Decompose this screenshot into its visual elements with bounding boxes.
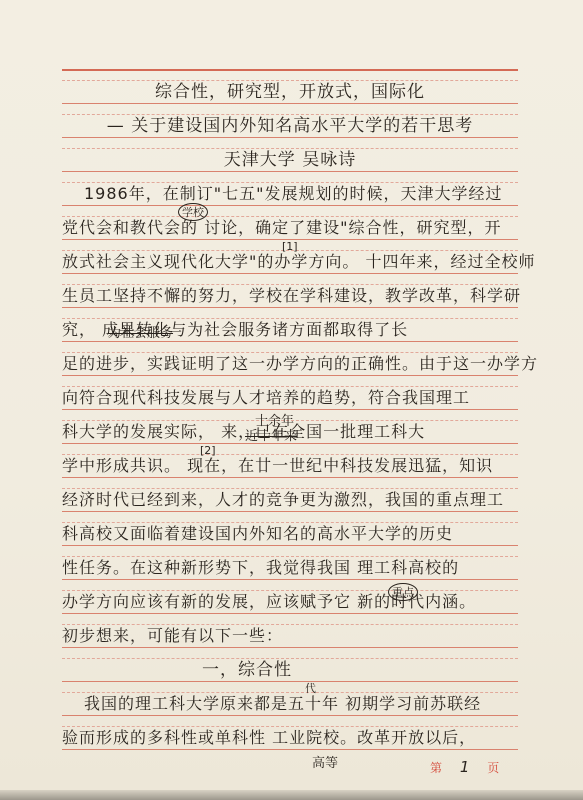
- body-line: 向符合现代科技发展与人才培养的趋势，符合我国理工: [62, 387, 518, 409]
- body-line: 验而形成的多科性或单科性 工业院校。改革开放以后，: [62, 727, 518, 749]
- rule-line: [62, 749, 518, 750]
- body-line: 初步想来，可能有以下一些：: [62, 625, 518, 647]
- rule-line: [62, 579, 518, 580]
- page-suffix: 页: [487, 761, 499, 775]
- page-number: 1: [460, 758, 470, 776]
- section-heading: 一，综合性: [62, 659, 518, 681]
- body-line: 科高校又面临着建设国内外知名的高水平大学的历史: [62, 523, 518, 545]
- rule-line: [62, 273, 518, 274]
- body-line: 1986年，在制订"七五"发展规划的时候，天津大学经过: [62, 183, 518, 205]
- body-line: 性任务。在这种新形势下，我觉得我国 理工科高校的: [62, 557, 518, 579]
- rule-line: [62, 511, 518, 512]
- rule-line: [62, 647, 518, 648]
- rule-line: [62, 715, 518, 716]
- rule-line: [62, 69, 518, 71]
- page-edge: [0, 790, 583, 800]
- rule-line: [62, 205, 518, 206]
- body-line: 足的进步，实践证明了这一办学方向的正确性。由于这一办学方: [62, 353, 518, 375]
- manuscript-page: 综合性，研究型，开放式，国际化 — 关于建设国内外知名高水平大学的若干思考 天津…: [0, 0, 583, 790]
- document-subtitle: — 关于建设国内外知名高水平大学的若干思考: [62, 115, 518, 137]
- author-line: 天津大学 吴咏诗: [62, 149, 518, 171]
- rule-line: [62, 681, 518, 682]
- page-footer: 第 1 页: [430, 758, 510, 776]
- rule-line: [62, 477, 518, 478]
- page-prefix: 第: [430, 761, 442, 775]
- strikethrough-text: 近十年来: [245, 425, 297, 444]
- body-line: 学中形成共识。 现在，在廿一世纪中科技发展迅猛，知识: [62, 455, 518, 477]
- body-line: 办学方向应该有新的发展，应该赋予它 新的时代内涵。: [62, 591, 518, 613]
- rule-line: [62, 137, 518, 138]
- rule-line: [62, 341, 518, 342]
- document-title: 综合性，研究型，开放式，国际化: [62, 81, 518, 103]
- rule-line: [62, 171, 518, 172]
- rule-line: [62, 375, 518, 376]
- body-line: 生员工坚持不懈的努力，学校在学科建设，教学改革，科学研: [62, 285, 518, 307]
- body-line: 放式社会主义现代化大学"的办学方向。 十四年来，经过全校师: [62, 251, 518, 273]
- body-line: 我国的理工科大学原来都是五十年 初期学习前苏联经: [62, 693, 518, 715]
- body-line: 党代会和教代会的 讨论，确定了建设"综合性，研究型，开: [62, 217, 518, 239]
- rule-line: [62, 307, 518, 308]
- rule-line: [62, 613, 518, 614]
- body-line: 经济时代已经到来，人才的竞争更为激烈，我国的重点理工: [62, 489, 518, 511]
- insert-annotation: 高等: [312, 752, 338, 771]
- rule-line: [62, 103, 518, 104]
- strikethrough-text: 为社会服务: [108, 322, 173, 341]
- rule-line: [62, 545, 518, 546]
